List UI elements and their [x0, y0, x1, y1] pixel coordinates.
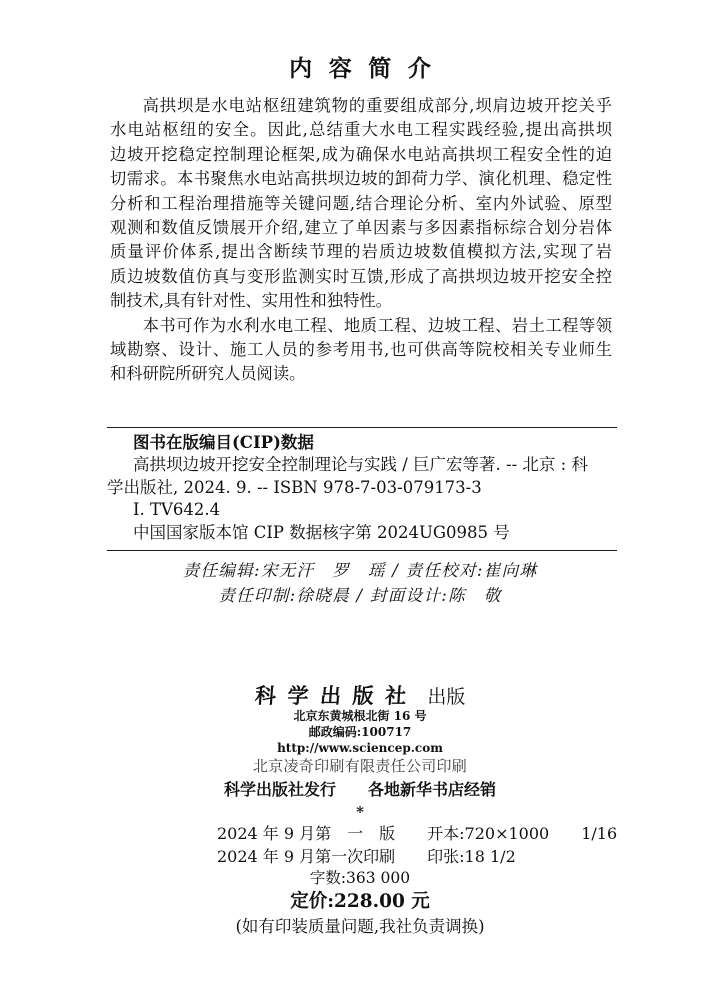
paragraph-line: 高拱坝是水电站枢纽建筑物的重要组成部分,坝肩边坡开挖关乎: [110, 94, 612, 118]
price-line: 定价:228.00 元: [0, 890, 720, 914]
staff-credits: 责任编辑:宋无汗 罗 瑶 / 责任校对:崔向琳 责任印制:徐晓晨 / 封面设计:…: [0, 558, 720, 608]
publisher-row: 科学出版社 出版: [0, 684, 720, 708]
separator-star: *: [0, 802, 720, 822]
cip-line: 中国国家版本馆 CIP 数据核字第 2024UG0985 号: [107, 522, 617, 545]
word-count-line: 字数:363 000: [0, 869, 720, 887]
postal-code: 邮政编码:100717: [0, 724, 720, 740]
edition-block: 2024 年 9 月第 一 版 开本:720×1000 1/16 2024 年 …: [217, 823, 720, 868]
paragraph-line: 质边坡数值仿真与变形监测实时互馈,形成了高拱坝边坡开挖安全控: [110, 265, 612, 289]
paragraph-line: 观测和数值反馈展开介绍,建立了单因素与多因素指标综合划分岩体: [110, 216, 612, 240]
cip-lines: 高拱坝边坡开挖安全控制理论与实践 / 巨广宏等著. -- 北京 : 科学出版社,…: [107, 454, 617, 544]
summary-paragraph-2: 本书可作为水利水电工程、地质工程、边坡工程、岩土工程等领域勘察、设计、施工人员的…: [110, 314, 612, 387]
paragraph-line: 切需求。本书聚焦水电站高拱坝边坡的卸荷力学、演化机理、稳定性: [110, 167, 612, 191]
cip-heading: 图书在版编目(CIP)数据: [107, 432, 617, 455]
paragraph-line: 制技术,具有针对性、实用性和独特性。: [110, 289, 612, 313]
paragraph-line: 边坡开挖稳定控制理论框架,成为确保水电站高拱坝工程安全性的迫: [110, 143, 612, 167]
publisher-address: 北京东黄城根北街 16 号: [0, 708, 720, 724]
paragraph-line: 分析和工程治理措施等关键问题,结合理论分析、室内外试验、原型: [110, 192, 612, 216]
distribution-line: 科学出版社发行 各地新华书店经销: [0, 779, 720, 800]
printing-line: 2024 年 9 月第一次印刷 印张:18 1/2: [217, 846, 720, 869]
publisher-address-block: 北京东黄城根北街 16 号 邮政编码:100717 http://www.sci…: [0, 708, 720, 756]
content-summary-title: 内容简介: [0, 56, 720, 80]
book-copyright-page: 内容简介 高拱坝是水电站枢纽建筑物的重要组成部分,坝肩边坡开挖关乎水电站枢纽的安…: [0, 0, 720, 1000]
credits-editors-line: 责任编辑:宋无汗 罗 瑶 / 责任校对:崔向琳: [0, 558, 720, 583]
cip-data-box: 图书在版编目(CIP)数据 高拱坝边坡开挖安全控制理论与实践 / 巨广宏等著. …: [107, 427, 617, 552]
paragraph-line: 本书可作为水利水电工程、地质工程、边坡工程、岩土工程等领: [110, 314, 612, 338]
paragraph-line: 水电站枢纽的安全。因此,总结重大水电工程实践经验,提出高拱坝: [110, 118, 612, 142]
cip-line: 学出版社, 2024. 9. -- ISBN 978-7-03-079173-3: [107, 477, 617, 500]
publisher-website: http://www.sciencep.com: [0, 740, 720, 756]
cip-line: Ⅰ. TV642.4: [107, 499, 617, 522]
publisher-role-label: 出版: [427, 685, 465, 709]
paragraph-line: 域勘察、设计、施工人员的参考用书,也可供高等院校相关专业师生: [110, 338, 612, 362]
paragraph-line: 质量评价体系,提出含断续节理的岩质边坡数值模拟方法,实现了岩: [110, 240, 612, 264]
exchange-note: (如有印装质量问题,我社负责调换): [0, 916, 720, 938]
printer-line: 北京凌奇印刷有限责任公司印刷: [0, 757, 720, 776]
science-press-logo: 科学出版社: [254, 684, 418, 708]
summary-paragraph-1: 高拱坝是水电站枢纽建筑物的重要组成部分,坝肩边坡开挖关乎水电站枢纽的安全。因此,…: [110, 94, 612, 314]
cip-line: 高拱坝边坡开挖安全控制理论与实践 / 巨广宏等著. -- 北京 : 科: [107, 454, 617, 477]
paragraph-line: 和科研院所研究人员阅读。: [110, 362, 612, 386]
credits-print-design-line: 责任印制:徐晓晨 / 封面设计:陈 敬: [0, 583, 720, 608]
edition-line: 2024 年 9 月第 一 版 开本:720×1000 1/16: [217, 823, 720, 846]
